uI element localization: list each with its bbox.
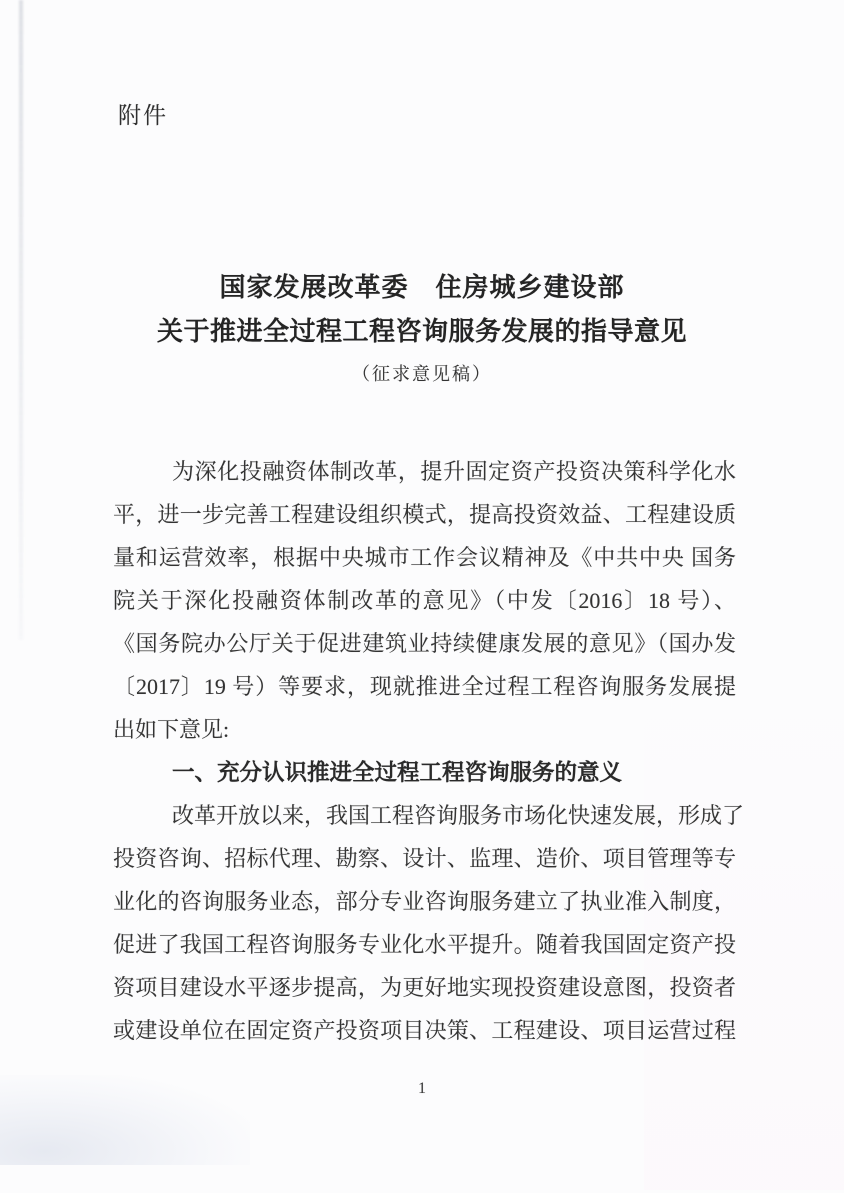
paragraph1-line: 为深化投融资体制改革，提升固定资产投资决策科学化水 [113, 450, 736, 493]
paragraph2-line: 或建设单位在固定资产投资项目决策、工程建设、项目运营过程 [113, 1009, 736, 1052]
paragraph1-line: 《国务院办公厅关于促进建筑业持续健康发展的意见》（国办发 [113, 622, 736, 665]
page-number: 1 [0, 1080, 844, 1098]
document-body: 为深化投融资体制改革，提升固定资产投资决策科学化水 平，进一步完善工程建设组织模… [113, 450, 736, 1052]
paragraph2-line: 资项目建设水平逐步提高，为更好地实现投资建设意图，投资者 [113, 966, 736, 1009]
paragraph2-line: 改革开放以来，我国工程咨询服务市场化快速发展，形成了 [113, 794, 736, 837]
document-title-main: 关于推进全过程工程咨询服务发展的指导意见 [0, 311, 844, 348]
paragraph1-line: 〔2017〕19 号）等要求，现就推进全过程工程咨询服务发展提 [113, 665, 736, 708]
paragraph2-line: 投资咨询、招标代理、勘察、设计、监理、造价、项目管理等专 [113, 837, 736, 880]
scanned-document-page: 附件 国家发展改革委 住房城乡建设部 关于推进全过程工程咨询服务发展的指导意见 … [0, 0, 844, 1193]
paragraph1-line: 出如下意见: [113, 708, 736, 751]
attachment-label: 附件 [118, 100, 168, 130]
paragraph1-line: 院关于深化投融资体制改革的意见》（中发〔2016〕18 号）、 [113, 579, 736, 622]
paragraph1-line: 平，进一步完善工程建设组织模式，提高投资效益、工程建设质 [113, 493, 736, 536]
paragraph2-line: 业化的咨询服务业态，部分专业咨询服务建立了执业准入制度， [113, 880, 736, 923]
document-subtitle-draft: （征求意见稿） [0, 360, 844, 386]
section-1-heading: 一、充分认识推进全过程工程咨询服务的意义 [113, 751, 736, 794]
paragraph2-line: 促进了我国工程咨询服务专业化水平提升。随着我国固定资产投 [113, 923, 736, 966]
document-title-agencies: 国家发展改革委 住房城乡建设部 [0, 267, 844, 304]
paragraph1-line: 量和运营效率，根据中央城市工作会议精神及《中共中央 国务 [113, 536, 736, 579]
